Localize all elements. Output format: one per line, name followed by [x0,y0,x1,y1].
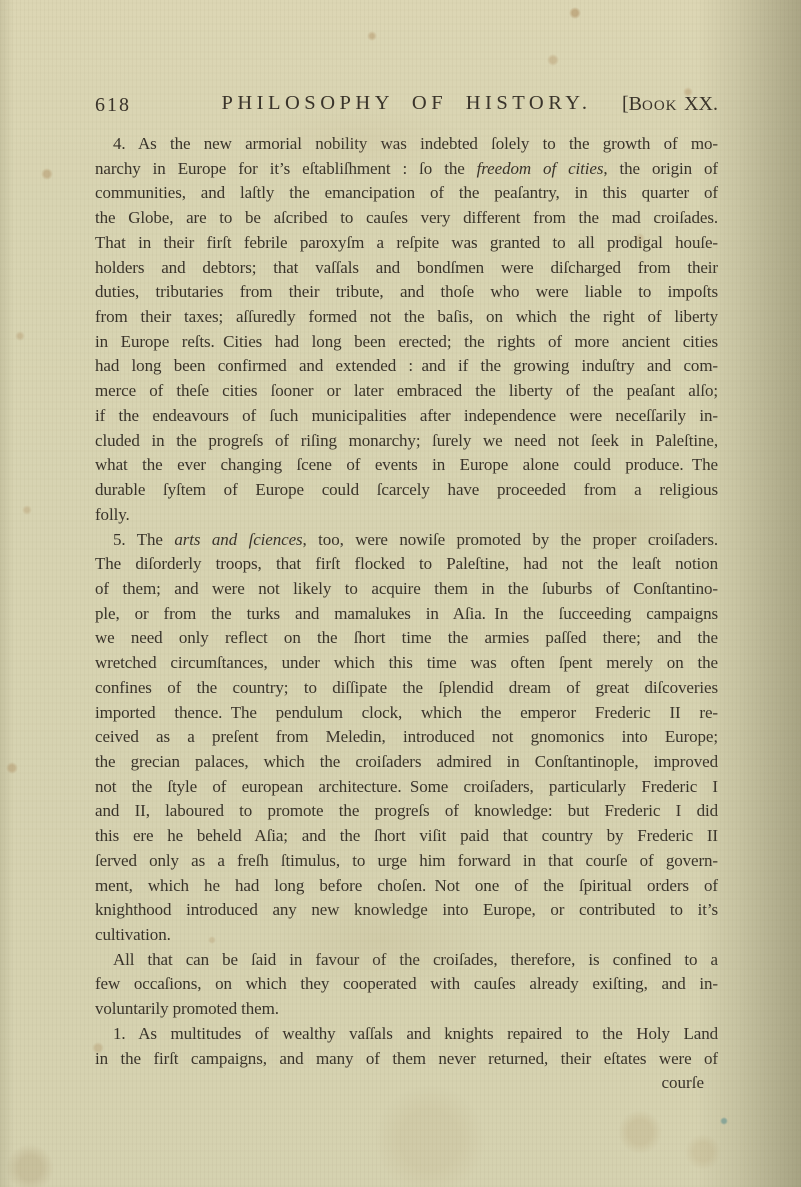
text-line: confines of the country; to diſſipate th… [95,676,718,701]
text-column: 4. As the new armorial nobility was inde… [95,132,718,1096]
book-word-smallcaps: ook [642,98,678,114]
text-segment: wretched circumſtances, under which this… [95,653,718,672]
text-segment: in Europe reſts. Cities had long been er… [95,332,718,351]
text-segment: of them; and were not likely to acquire … [95,579,718,598]
text-segment: durable ſyſtem of Europe could ſcarcely … [95,480,718,499]
book-page: 618 PHILOSOPHY OF HISTORY. [BookXX. 4. A… [0,0,801,1187]
text-segment: imported thence. The pendulum clock, whi… [95,703,718,722]
text-segment: , too, were nowiſe promoted by the prope… [303,530,718,549]
text-segment: That in their firſt febrile paroxyſm a r… [95,233,718,252]
text-segment: duties, tributaries from their tribute, … [95,282,718,301]
text-segment: we need only reflect on the ſhort time t… [95,628,718,647]
text-line: cultivation. [95,923,718,948]
text-line: in the firſt campaigns, and many of them… [95,1047,718,1072]
book-number: XX. [684,93,718,115]
text-segment: ple, or from the turks and mamalukes in … [95,604,718,623]
text-segment: ſerved only as a freſh ſtimulus, to urge… [95,851,718,870]
text-line: of them; and were not likely to acquire … [95,577,718,602]
text-line: few occaſions, on which they cooperated … [95,972,718,997]
text-line: ceived as a preſent from Meledin, introd… [95,725,718,750]
text-segment: The diſorderly troops, that firſt flocke… [95,554,718,573]
text-segment: this ere he beheld Aſia; and the ſhort v… [95,826,718,845]
text-line: 1. As multitudes of wealthy vaſſals and … [95,1022,718,1047]
text-line: in Europe reſts. Cities had long been er… [95,330,718,355]
text-line: ment, which he had long before choſen. N… [95,874,718,899]
text-line: had long been confirmed and extended : a… [95,354,718,379]
page-text: 4. As the new armorial nobility was inde… [95,132,718,1071]
italic-text-segment: arts and ſciences [174,530,302,549]
text-line: duties, tributaries from their tribute, … [95,280,718,305]
text-segment: few occaſions, on which they cooperated … [95,974,718,993]
text-segment: what the ever changing ſcene of events i… [95,455,718,474]
text-line: folly. [95,503,718,528]
text-segment: cultivation. [95,925,171,944]
text-segment: the Globe, are to be aſcribed to cauſes … [95,208,718,227]
text-segment: ceived as a preſent from Meledin, introd… [95,727,718,746]
text-segment: the grecian palaces, which the croiſader… [95,752,718,771]
text-line: from their taxes; aſſuredly formed not t… [95,305,718,330]
text-line: That in their firſt febrile paroxyſm a r… [95,231,718,256]
text-segment: All that can be ſaid in favour of the cr… [113,950,718,969]
text-segment: folly. [95,505,130,524]
text-segment: ment, which he had long before choſen. N… [95,876,718,895]
book-label: [BookXX. [622,93,718,116]
text-line: merce of theſe cities ſooner or later em… [95,379,718,404]
text-line: knighthood introduced any new knowledge … [95,898,718,923]
text-line: the Globe, are to be aſcribed to cauſes … [95,206,718,231]
text-line: voluntarily promoted them. [95,997,718,1022]
text-segment: 4. As the new armorial nobility was inde… [113,134,718,153]
text-line: and II, laboured to promote the progreſs… [95,799,718,824]
text-segment: holders and debtors; that vaſſals and bo… [95,258,718,277]
book-word-initial: B [629,93,642,115]
text-line: ple, or from the turks and mamalukes in … [95,602,718,627]
text-line: All that can be ſaid in favour of the cr… [95,948,718,973]
text-line: if the endeavours of ſuch municipalities… [95,404,718,429]
text-segment: merce of theſe cities ſooner or later em… [95,381,718,400]
text-line: narchy in Europe for it’s eſtabliſhment … [95,157,718,182]
text-line: we need only reflect on the ſhort time t… [95,626,718,651]
text-segment: communities, and laſtly the emancipation… [95,183,718,202]
text-segment: narchy in Europe for it’s eſtabliſhment … [95,159,477,178]
text-line: 4. As the new armorial nobility was inde… [95,132,718,157]
page-header: 618 PHILOSOPHY OF HISTORY. [BookXX. [95,92,718,122]
text-segment: not the ſtyle of european architecture. … [95,777,718,796]
text-line: the grecian palaces, which the croiſader… [95,750,718,775]
text-segment: 5. The [113,530,174,549]
text-line: this ere he beheld Aſia; and the ſhort v… [95,824,718,849]
text-line: what the ever changing ſcene of events i… [95,453,718,478]
text-segment: and II, laboured to promote the progreſs… [95,801,718,820]
catchword-line: courſe [95,1071,718,1096]
text-segment: , the origin of [603,159,718,178]
text-line: imported thence. The pendulum clock, whi… [95,701,718,726]
italic-text-segment: freedom of cities [477,159,604,178]
text-segment: 1. As multitudes of wealthy vaſſals and … [113,1024,718,1043]
text-line: communities, and laſtly the emancipation… [95,181,718,206]
text-segment: if the endeavours of ſuch municipalities… [95,406,718,425]
text-segment: voluntarily promoted them. [95,999,279,1018]
catchword: courſe [662,1073,704,1092]
text-segment: in the firſt campaigns, and many of them… [95,1049,718,1068]
text-segment: confines of the country; to diſſipate th… [95,678,718,697]
text-segment: from their taxes; aſſuredly formed not t… [95,307,718,326]
text-line: ſerved only as a freſh ſtimulus, to urge… [95,849,718,874]
text-line: holders and debtors; that vaſſals and bo… [95,256,718,281]
text-segment: cluded in the progreſs of riſing monarch… [95,431,718,450]
text-segment: had long been confirmed and extended : a… [95,356,718,375]
text-line: durable ſyſtem of Europe could ſcarcely … [95,478,718,503]
book-bracket: [ [622,93,629,115]
text-line: cluded in the progreſs of riſing monarch… [95,429,718,454]
text-line: not the ſtyle of european architecture. … [95,775,718,800]
text-line: 5. The arts and ſciences, too, were nowi… [95,528,718,553]
text-segment: knighthood introduced any new knowledge … [95,900,718,919]
text-line: wretched circumſtances, under which this… [95,651,718,676]
text-line: The diſorderly troops, that firſt flocke… [95,552,718,577]
